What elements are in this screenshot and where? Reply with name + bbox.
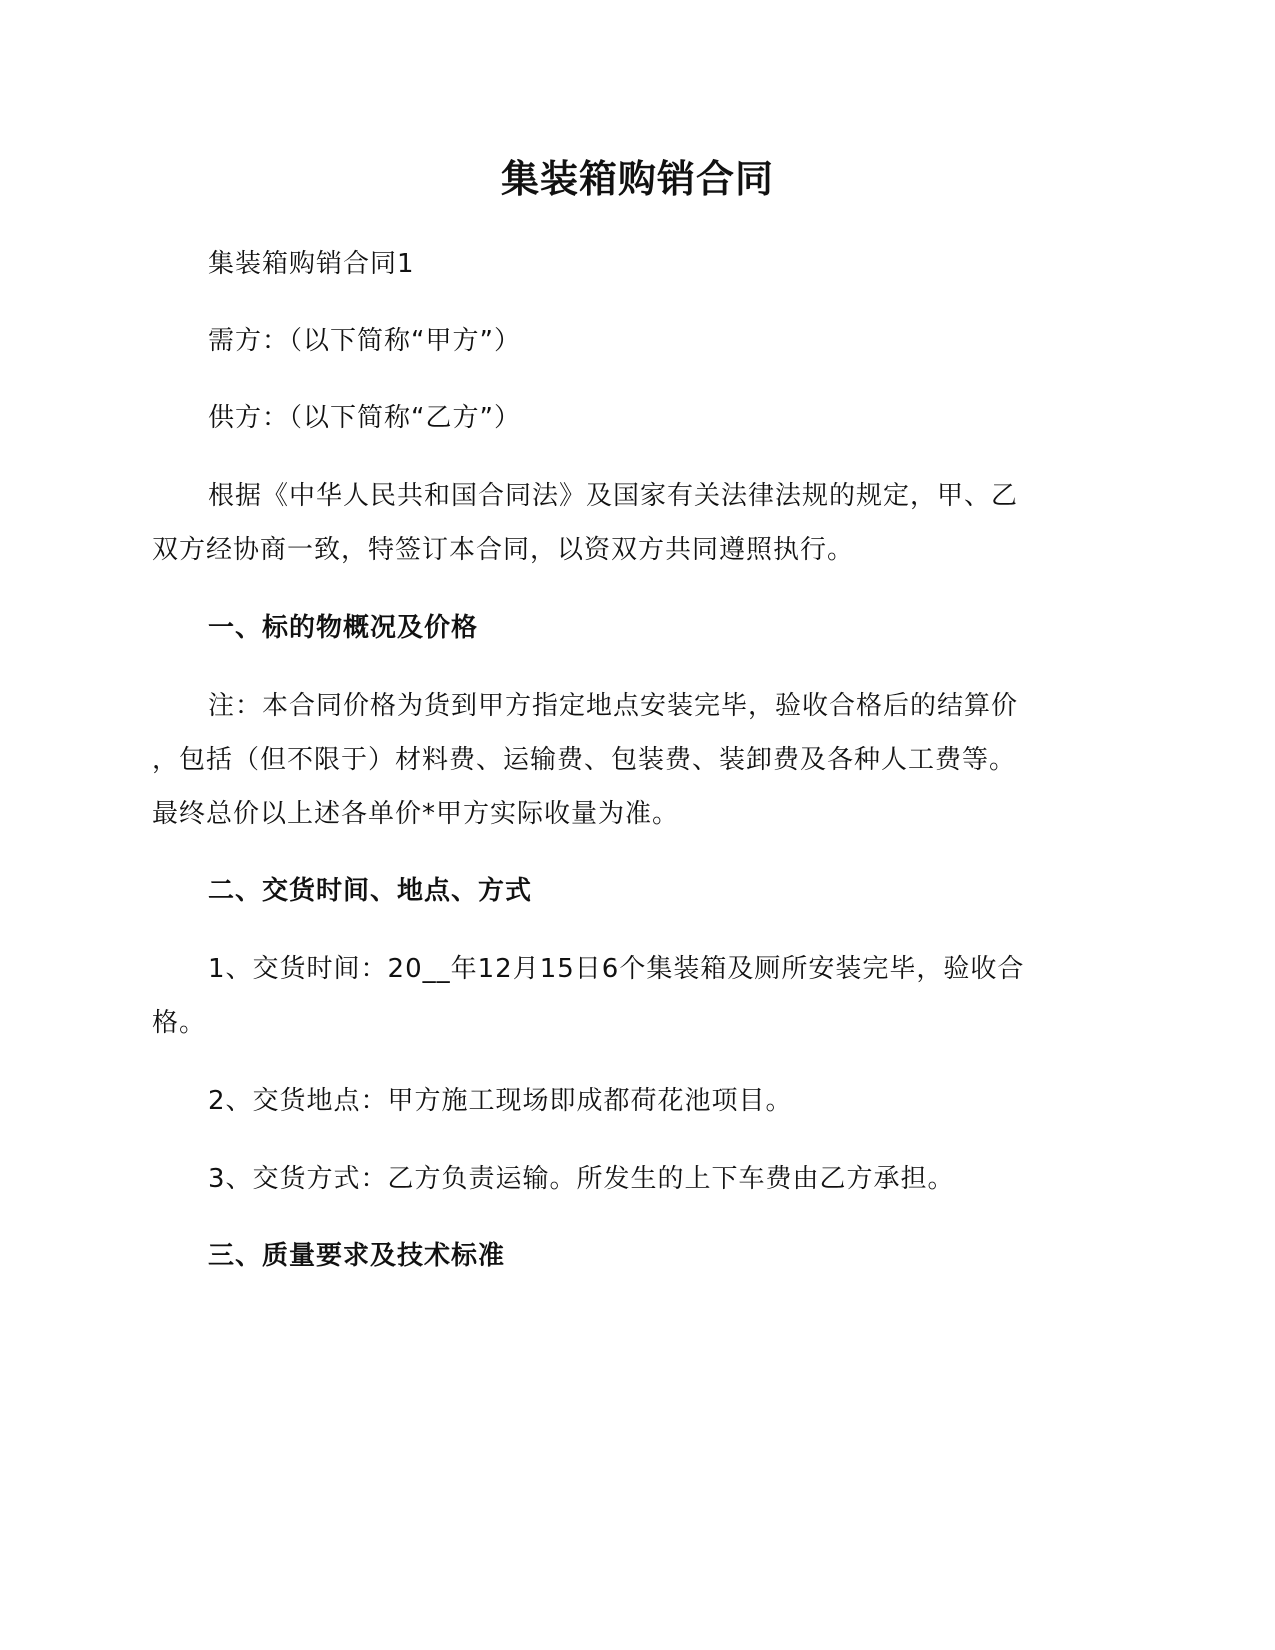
section2-item2: 2、交货地点：甲方施工现场即成都荷花池项目。 — [152, 1073, 1168, 1129]
section2-item3: 3、交货方式：乙方负责运输。所发生的上下车费由乙方承担。 — [152, 1151, 1168, 1207]
intro-paragraph-line2: 双方经协商一致，特签订本合同，以资双方共同遵照执行。 — [152, 522, 1112, 578]
intro-paragraph-line1: 根据《中华人民共和国合同法》及国家有关法律法规的规定，甲、乙 — [152, 468, 1168, 524]
section1-note-line1: 注：本合同价格为货到甲方指定地点安装完毕，验收合格后的结算价 — [152, 678, 1168, 734]
section1-heading: 一、标的物概况及价格 — [152, 600, 1168, 656]
party-b-line: 供方：（以下简称“乙方”） — [152, 390, 1168, 446]
section2-heading: 二、交货时间、地点、方式 — [152, 863, 1168, 919]
section1-note-line3: 最终总价以上述各单价*甲方实际收量为准。 — [152, 786, 1112, 842]
contract-subtitle: 集装箱购销合同1 — [152, 236, 1168, 292]
party-a-line: 需方：（以下简称“甲方”） — [152, 313, 1168, 369]
section2-item1-line1: 1、交货时间：20__年12月15日6个集装箱及厕所安装完毕，验收合 — [152, 941, 1168, 997]
section2-item1-line2: 格。 — [152, 995, 1112, 1051]
section3-heading: 三、质量要求及技术标准 — [152, 1228, 1168, 1284]
section1-note-line2: ，包括（但不限于）材料费、运输费、包装费、装卸费及各种人工费等。 — [152, 732, 1112, 788]
document-title: 集装箱购销合同 — [0, 148, 1275, 203]
document-page: 集装箱购销合同 集装箱购销合同1 需方：（以下简称“甲方”） 供方：（以下简称“… — [0, 0, 1275, 1650]
